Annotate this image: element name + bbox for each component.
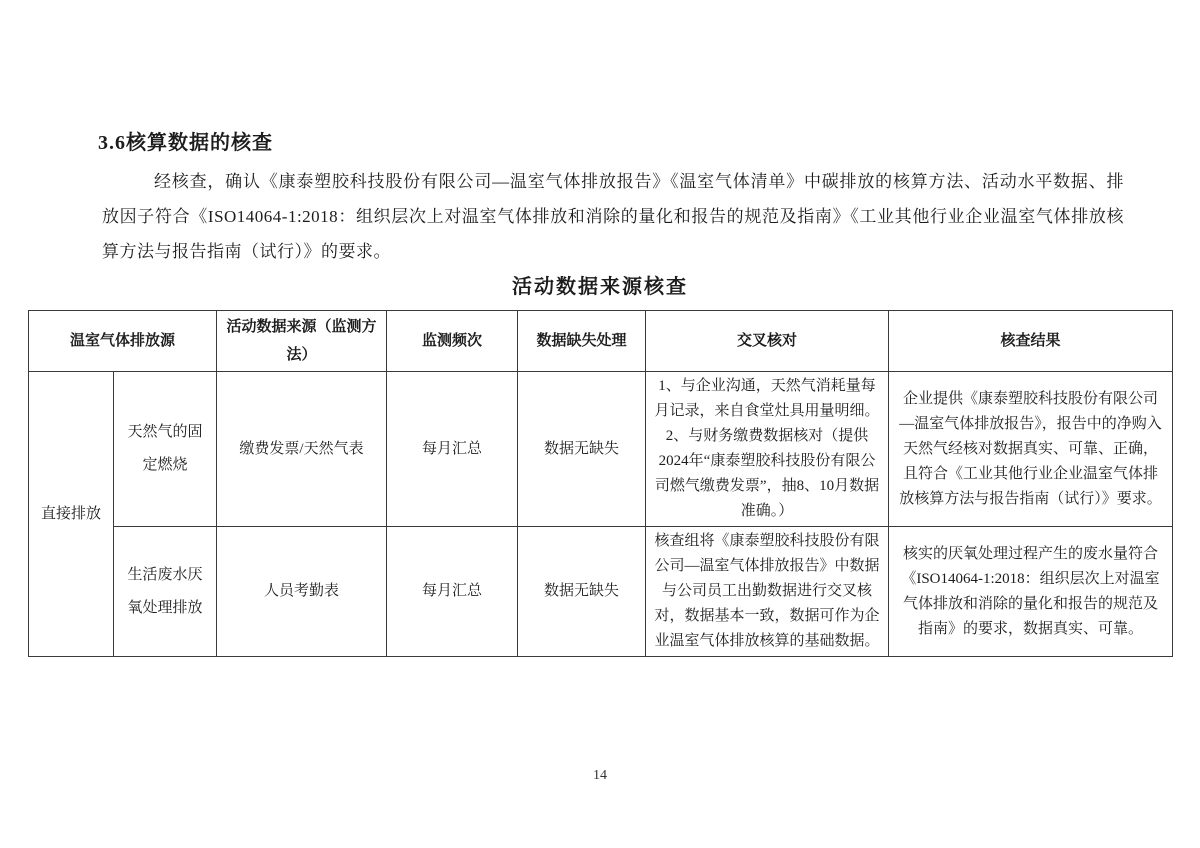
cell-cross-check: 核查组将《康泰塑胶科技股份有限公司—温室气体排放报告》中数据与公司员工出勤数据进…: [646, 527, 889, 657]
cell-source-name: 生活废水厌氧处理排放: [114, 527, 217, 657]
cell-data-source: 缴费发票/天然气表: [217, 372, 387, 527]
cell-missing-data: 数据无缺失: [518, 527, 646, 657]
header-cross-check: 交叉核对: [646, 311, 889, 372]
table-header-row: 温室气体排放源 活动数据来源（监测方法） 监测频次 数据缺失处理 交叉核对 核查…: [29, 311, 1173, 372]
section-heading: 3.6核算数据的核查: [98, 126, 273, 155]
section-paragraph: 经核查，确认《康泰塑胶科技股份有限公司—温室气体排放报告》《温室气体清单》中碳排…: [102, 164, 1124, 269]
table-row: 生活废水厌氧处理排放 人员考勤表 每月汇总 数据无缺失 核查组将《康泰塑胶科技股…: [29, 527, 1173, 657]
header-monitoring-frequency: 监测频次: [387, 311, 518, 372]
document-page: 3.6核算数据的核查 经核查，确认《康泰塑胶科技股份有限公司—温室气体排放报告》…: [0, 0, 1200, 848]
activity-data-source-table: 温室气体排放源 活动数据来源（监测方法） 监测频次 数据缺失处理 交叉核对 核查…: [28, 310, 1173, 657]
page-number: 14: [0, 768, 1200, 784]
header-emission-source: 温室气体排放源: [29, 311, 217, 372]
cell-cross-check: 1、与企业沟通，天然气消耗量每月记录，来自食堂灶具用量明细。 2、与财务缴费数据…: [646, 372, 889, 527]
header-missing-data-handling: 数据缺失处理: [518, 311, 646, 372]
cell-frequency: 每月汇总: [387, 372, 518, 527]
table-row: 直接排放 天然气的固定燃烧 缴费发票/天然气表 每月汇总 数据无缺失 1、与企业…: [29, 372, 1173, 527]
cell-source-name: 天然气的固定燃烧: [114, 372, 217, 527]
cell-data-source: 人员考勤表: [217, 527, 387, 657]
cell-verification-result: 企业提供《康泰塑胶科技股份有限公司—温室气体排放报告》，报告中的净购入天然气经核…: [889, 372, 1173, 527]
cell-frequency: 每月汇总: [387, 527, 518, 657]
header-activity-data-source: 活动数据来源（监测方法）: [217, 311, 387, 372]
cell-missing-data: 数据无缺失: [518, 372, 646, 527]
cell-verification-result: 核实的厌氧处理过程产生的废水量符合《ISO14064-1:2018：组织层次上对…: [889, 527, 1173, 657]
table-title: 活动数据来源核查: [0, 270, 1200, 299]
cell-emission-category: 直接排放: [29, 372, 114, 657]
header-verification-result: 核查结果: [889, 311, 1173, 372]
